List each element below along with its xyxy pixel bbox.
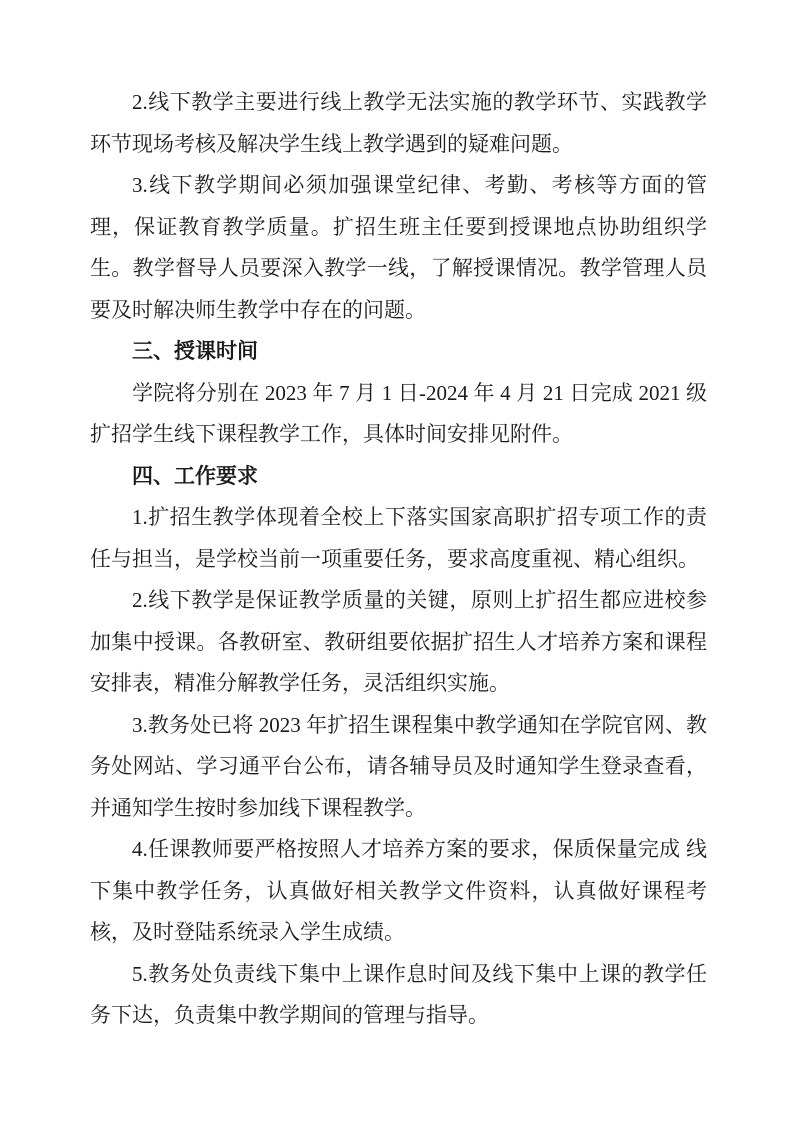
para-class-time-schedule: 学院将分别在 2023 年 7 月 1 日-2024 年 4 月 21 日完成 … — [90, 373, 707, 456]
para-offline-teaching-scope: 2.线下教学主要进行线上教学无法实施的教学环节、实践教学环节现场考核及解决学生线… — [90, 82, 707, 165]
document-body: 2.线下教学主要进行线上教学无法实施的教学环节、实践教学环节现场考核及解决学生线… — [90, 82, 707, 1037]
heading-section-3-class-time: 三、授课时间 — [90, 331, 707, 373]
para-requirement-5-academic-affairs-office: 5.教务处负责线下集中上课作息时间及线下集中上课的教学任务下达，负责集中教学期间… — [90, 954, 707, 1037]
para-requirement-2-quality-key: 2.线下教学是保证教学质量的关键，原则上扩招生都应进校参加集中授课。各教研室、教… — [90, 580, 707, 705]
para-requirement-4-teachers-duties: 4.任课教师要严格按照人才培养方案的要求，保质保量完成 线下集中教学任务，认真做… — [90, 829, 707, 954]
para-offline-teaching-management: 3.线下教学期间必须加强课堂纪律、考勤、考核等方面的管理，保证教育教学质量。扩招… — [90, 165, 707, 331]
document-page: 2.线下教学主要进行线上教学无法实施的教学环节、实践教学环节现场考核及解决学生线… — [0, 0, 793, 1122]
para-requirement-3-notice-published: 3.教务处已将 2023 年扩招生课程集中教学通知在学院官网、教务处网站、学习通… — [90, 705, 707, 830]
heading-section-4-work-requirements: 四、工作要求 — [90, 456, 707, 498]
para-requirement-1-responsibility: 1.扩招生教学体现着全校上下落实国家高职扩招专项工作的责任与担当，是学校当前一项… — [90, 497, 707, 580]
